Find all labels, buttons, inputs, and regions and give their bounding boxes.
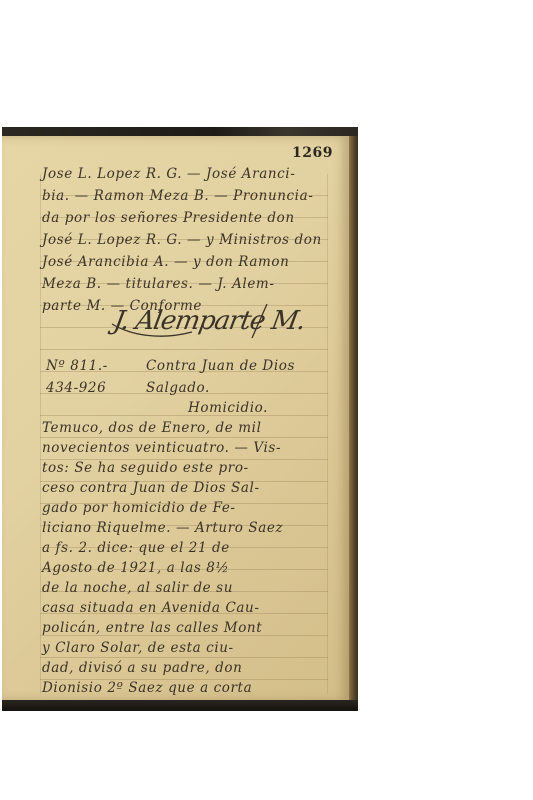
case-reference: 434-926 bbox=[46, 380, 106, 396]
body-line-6: liciano Riquelme. — Arturo Saez bbox=[42, 520, 283, 536]
body-line-14: Dionisio 2º Saez que a corta bbox=[42, 680, 252, 696]
ledger-page-scan: 1269 Jose L. Lopez R. G. — José Aranci- … bbox=[2, 127, 358, 711]
body-line-7: a fs. 2. dice: que el 21 de bbox=[42, 540, 230, 556]
opening-line-3: da por los señores Presidente don bbox=[42, 210, 295, 226]
page-number: 1269 bbox=[292, 145, 333, 161]
opening-line-1: Jose L. Lopez R. G. — José Aranci- bbox=[42, 166, 295, 182]
body-line-4: ceso contra Juan de Dios Sal- bbox=[42, 480, 260, 496]
body-line-12: y Claro Solar, de esta ciu- bbox=[42, 640, 234, 656]
body-line-10: casa situada en Avenida Cau- bbox=[42, 600, 260, 616]
scan-bottom-edge bbox=[2, 700, 358, 711]
signature: J. Alemparte M. bbox=[111, 306, 307, 336]
body-line-5: gado por homicidio de Fe- bbox=[42, 500, 236, 516]
opening-line-2: bia. — Ramon Meza B. — Pronuncia- bbox=[42, 188, 313, 204]
opening-line-6: Meza B. — titulares. — J. Alem- bbox=[42, 276, 275, 292]
body-line-2: novecientos veinticuatro. — Vis- bbox=[42, 440, 281, 456]
opening-line-5: José Arancibia A. — y don Ramon bbox=[42, 254, 289, 270]
body-line-8: Agosto de 1921, a las 8½ bbox=[42, 560, 229, 576]
ledger-page: 1269 Jose L. Lopez R. G. — José Aranci- … bbox=[2, 136, 349, 701]
opening-line-4: José L. Lopez R. G. — y Ministros don bbox=[42, 232, 322, 248]
body-line-13: dad, divisó a su padre, don bbox=[42, 660, 242, 676]
case-number: Nº 811.- bbox=[46, 358, 108, 374]
body-line-3: tos: Se ha seguido este pro- bbox=[42, 460, 249, 476]
page-binding-edge bbox=[349, 136, 358, 701]
body-line-11: policán, entre las calles Mont bbox=[42, 620, 262, 636]
case-offense: Homicidio. bbox=[188, 400, 268, 416]
case-title-line-1: Contra Juan de Dios bbox=[146, 358, 295, 374]
body-line-1: Temuco, dos de Enero, de mil bbox=[42, 420, 261, 436]
case-title-line-2: Salgado. bbox=[146, 380, 210, 396]
body-line-9: de la noche, al salir de su bbox=[42, 580, 233, 596]
